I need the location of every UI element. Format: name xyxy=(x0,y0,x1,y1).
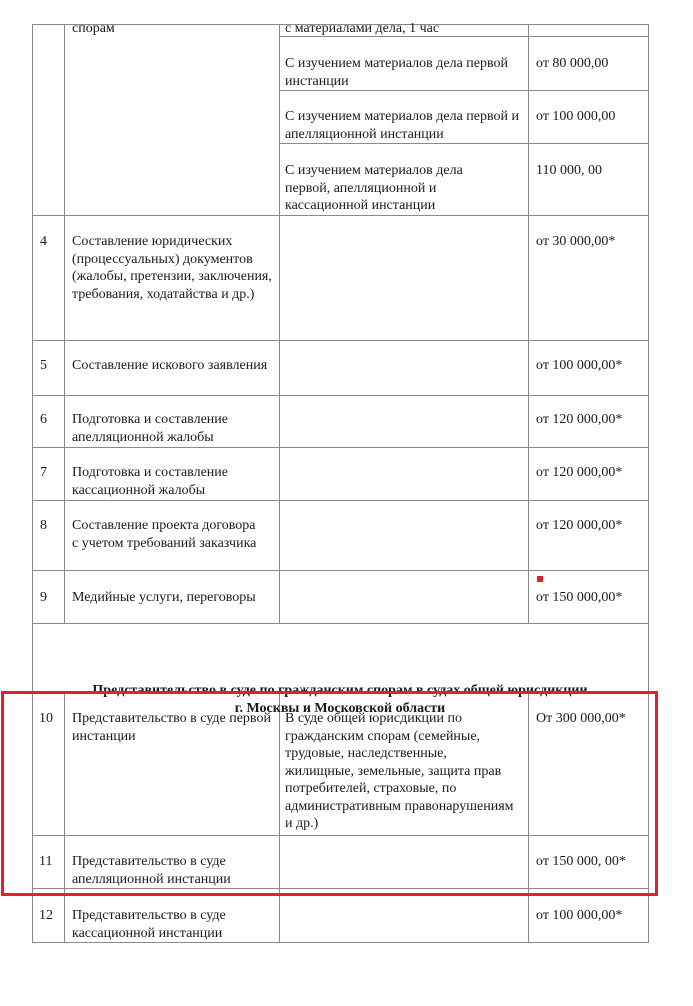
service-cell: Составление искового заявления xyxy=(72,357,272,375)
service-cell: спорам xyxy=(72,20,272,38)
price-cell: от 100 000,00* xyxy=(536,907,646,925)
service-cell: Подготовка и составление кассационной жа… xyxy=(72,464,272,499)
description-cell: с материалами дела, 1 час xyxy=(285,20,525,38)
row-number: 12 xyxy=(39,907,53,925)
row-number: 8 xyxy=(40,517,47,535)
service-cell: Представительство в суде кассационной ин… xyxy=(72,907,272,942)
price-cell: от 80 000,00 xyxy=(536,55,646,73)
table-border-bottom xyxy=(32,942,648,943)
description-cell: С изучением материалов дела первой, апел… xyxy=(285,162,485,215)
price-cell: от 100 000,00 xyxy=(536,108,646,126)
row-divider xyxy=(32,500,648,501)
price-cell: от 150 000,00* xyxy=(536,589,646,607)
row-number: 9 xyxy=(40,589,47,607)
row-divider xyxy=(32,395,648,396)
price-cell: от 100 000,00* xyxy=(536,357,646,375)
description-cell: С изучением материалов дела первой инста… xyxy=(285,55,525,90)
row-number: 5 xyxy=(40,357,47,375)
row-number: 7 xyxy=(40,464,47,482)
service-cell: Медийные услуги, переговоры xyxy=(72,589,272,607)
service-cell: Подготовка и составление апелляционной ж… xyxy=(72,411,272,446)
price-cell: от 120 000,00* xyxy=(536,517,646,535)
price-cell: 110 000, 00 xyxy=(536,162,646,180)
col-divider-1 xyxy=(64,24,65,623)
row-number: 4 xyxy=(40,233,47,251)
row-divider xyxy=(32,340,648,341)
red-marker xyxy=(537,576,543,582)
row-number: 6 xyxy=(40,411,47,429)
price-cell: от 120 000,00* xyxy=(536,411,646,429)
row-divider xyxy=(32,215,648,216)
price-cell: от 30 000,00* xyxy=(536,233,646,251)
subrow-divider xyxy=(279,90,648,91)
description-cell: С изучением материалов дела первой и апе… xyxy=(285,108,530,143)
col-divider-2 xyxy=(279,24,280,623)
row-divider xyxy=(32,570,648,571)
subrow-divider xyxy=(279,143,648,144)
price-cell: от 120 000,00* xyxy=(536,464,646,482)
row-divider xyxy=(32,623,648,624)
row-divider xyxy=(32,447,648,448)
service-cell: Составление юридических (процессуальных)… xyxy=(72,233,272,303)
service-cell: Составление проекта договора с учетом тр… xyxy=(72,517,262,552)
highlight-box xyxy=(1,691,658,896)
